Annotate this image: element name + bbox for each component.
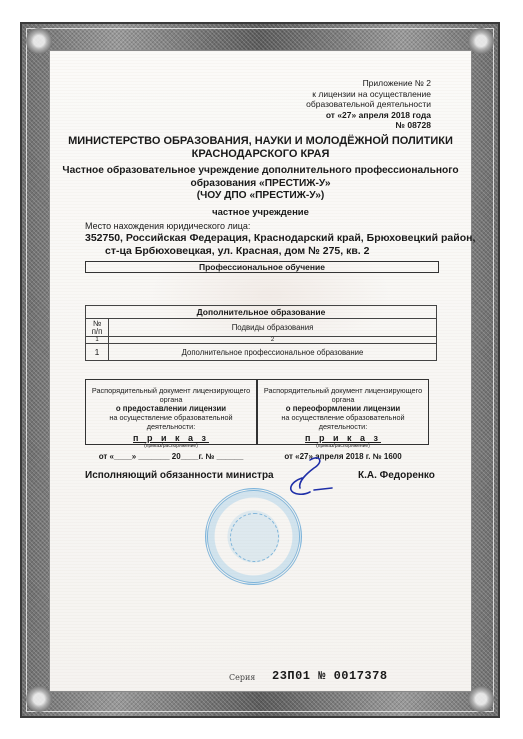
organization-type: частное учреждение — [49, 207, 472, 220]
granting-line1: Распорядительный документ лицензирующего… — [86, 386, 256, 404]
professional-training-box: Профессиональное обучение — [85, 261, 439, 273]
org-name-line1: Частное образовательное учреждение допол… — [49, 165, 472, 178]
header-number: № п/п — [86, 319, 109, 337]
reissue-line1: Распорядительный документ лицензирующего… — [258, 386, 428, 404]
reissue-line3: на осуществление образовательной деятель… — [258, 413, 428, 431]
location-address: 352750, Российская Федерация, Краснодарс… — [85, 232, 475, 258]
granting-date: от «____» _______ 20____г. № ______ — [86, 452, 256, 461]
granting-kind-hint: (приказ/распоряжение) — [86, 443, 256, 450]
table-row: 1 Дополнительное профессиональное образо… — [86, 344, 437, 361]
granting-kind: п р и к а з — [86, 434, 256, 443]
annex-number: № 08728 — [306, 120, 431, 131]
annex-date: от «27» апреля 2018 года — [306, 110, 431, 121]
seal-icon — [205, 488, 302, 585]
signer-name: К.А. Федоренко — [358, 470, 435, 481]
series-number: 23П01 № 0017378 — [272, 669, 388, 683]
annex-title: Приложение № 2 — [306, 78, 431, 89]
annex-line3: образовательной деятельности — [306, 99, 431, 110]
series-label: Серия — [229, 673, 255, 682]
granting-line3: на осуществление образовательной деятель… — [86, 413, 256, 431]
granting-line2: о предоставлении лицензии — [86, 404, 256, 413]
ministry-title: МИНИСТЕРСТВО ОБРАЗОВАНИЯ, НАУКИ И МОЛОДЁ… — [49, 135, 472, 161]
signature-icon — [280, 452, 340, 507]
row-subtype: Дополнительное профессиональное образова… — [109, 344, 437, 361]
organization-short-name: (ЧОУ ДПО «ПРЕСТИЖ-У») — [49, 190, 472, 203]
granting-document-box: Распорядительный документ лицензирующего… — [85, 379, 257, 445]
address-line2: ст-ца Брбюховецкая, ул. Красная, дом № 2… — [85, 245, 475, 258]
header-number-line2: п/п — [86, 328, 108, 336]
column-number-1: 1 — [86, 337, 109, 344]
location-label: Место нахождения юридического лица: — [85, 221, 250, 231]
annex-line2: к лицензии на осуществление — [306, 89, 431, 100]
reissue-document-box: Распорядительный документ лицензирующего… — [257, 379, 429, 445]
education-table: Дополнительное образование № п/п Подвиды… — [85, 305, 437, 361]
coat-of-arms-icon — [230, 513, 279, 562]
ministry-line2: КРАСНОДАРСКОГО КРАЯ — [49, 148, 472, 161]
column-number-2: 2 — [109, 337, 437, 344]
organization-full-name: Частное образовательное учреждение допол… — [49, 165, 472, 190]
reissue-kind-hint: (приказ/распоряжение) — [258, 443, 428, 450]
education-table-title: Дополнительное образование — [86, 306, 437, 319]
signer-position: Исполняющий обязанности министра — [85, 470, 274, 481]
address-line1: 352750, Российская Федерация, Краснодарс… — [85, 232, 475, 244]
header-subtype: Подвиды образования — [109, 319, 437, 337]
org-name-line2: образования «ПРЕСТИЖ-У» — [49, 178, 472, 191]
reissue-line2: о переоформлении лицензии — [258, 404, 428, 413]
row-number: 1 — [86, 344, 109, 361]
annex-header: Приложение № 2 к лицензии на осуществлен… — [306, 78, 431, 131]
reissue-kind: п р и к а з — [258, 434, 428, 443]
ministry-line1: МИНИСТЕРСТВО ОБРАЗОВАНИЯ, НАУКИ И МОЛОДЁ… — [49, 135, 472, 148]
